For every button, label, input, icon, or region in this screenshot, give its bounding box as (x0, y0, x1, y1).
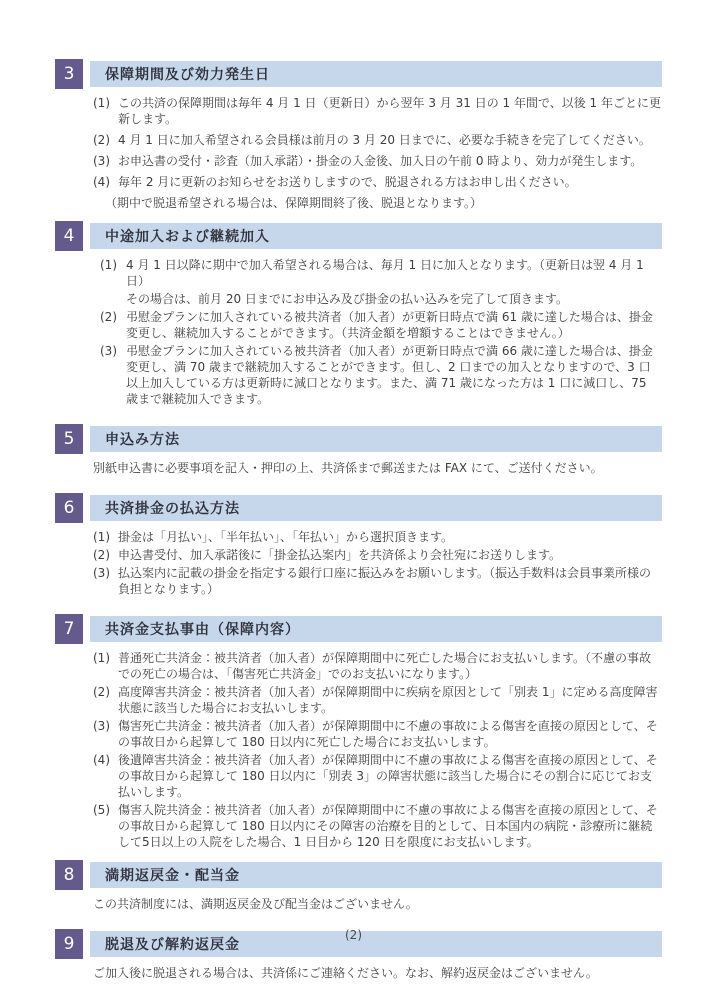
item-text: 4 月 1 日以降に期中で加入希望される場合は、毎月 1 日に加入となります。（… (126, 258, 644, 288)
list-item: (4)毎年 2 月に更新のお知らせをお送りしますので、脱退される方はお申し出くだ… (93, 174, 662, 190)
section-body: この共済制度には、満期返戻金及び配当金はございません。 (55, 896, 662, 912)
list-item: (1)この共済の保障期間は毎年 4 月 1 日（更新日）から翌年 3 月 31 … (93, 95, 662, 127)
paragraph: この共済制度には、満期返戻金及び配当金はございません。 (93, 896, 662, 912)
section-header: 4 中途加入および継続加入 (55, 221, 662, 251)
section-title-bar: 共済掛金の払込方法 (90, 495, 662, 521)
list-item: (1)普通死亡共済金：被共済者（加入者）が保障期間中に死亡した場合にお支払いしま… (93, 650, 662, 682)
section-8: 8 満期返戻金・配当金 この共済制度には、満期返戻金及び配当金はございません。 (55, 860, 662, 912)
paragraph: ご加入後に脱退される場合は、共済係にご連絡ください。なお、解約返戻金はございませ… (93, 965, 662, 981)
section-body: (1)普通死亡共済金：被共済者（加入者）が保障期間中に死亡した場合にお支払いしま… (55, 650, 662, 850)
section-title: 申込み方法 (105, 429, 180, 449)
item-marker: (2) (93, 684, 110, 700)
section-title-bar: 保障期間及び効力発生日 (90, 61, 662, 87)
item-marker: (2) (93, 547, 110, 563)
item-text: 払込案内に記載の掛金を指定する銀行口座に振込みをお願いします。（振込手数料は会員… (118, 566, 651, 596)
list-item: (2)申込書受付、加入承諾後に「掛金払込案内」を共済係より会社宛にお送りします。 (93, 547, 662, 563)
list-item: (2)4 月 1 日に加入希望される会員様は前月の 3 月 20 日までに、必要… (93, 132, 662, 148)
item-text: お申込書の受付・診査（加入承諾）・掛金の入金後、加入日の午前 0 時より、効力が… (118, 154, 642, 168)
item-text: 後遺障害共済金：被共済者（加入者）が保障期間中に不慮の事故による傷害を直接の原因… (118, 753, 658, 799)
section-title-bar: 中途加入および継続加入 (90, 223, 662, 249)
section-title-bar: 満期返戻金・配当金 (90, 862, 662, 888)
item-marker: (2) (93, 132, 110, 148)
list-item: (3)弔慰金プランに加入されている被共済者（加入者）が更新日時点で満 66 歳に… (100, 343, 662, 407)
item-marker: (3) (93, 718, 110, 734)
section-number-badge: 7 (55, 614, 83, 644)
list-item: (3)傷害死亡共済金：被共済者（加入者）が保障期間中に不慮の事故による傷害を直接… (93, 718, 662, 750)
item-marker: (4) (93, 752, 110, 768)
item-marker: (3) (100, 343, 117, 359)
section-header: 7 共済金支払事由（保障内容） (55, 614, 662, 644)
item-text: 掛金は「月払い」、「半年払い」、「年払い」から選択頂きます。 (118, 530, 453, 544)
item-text: 普通死亡共済金：被共済者（加入者）が保障期間中に死亡した場合にお支払いします。（… (118, 651, 651, 681)
section-body: (1)掛金は「月払い」、「半年払い」、「年払い」から選択頂きます。 (2)申込書… (55, 529, 662, 597)
item-marker: (5) (93, 802, 110, 818)
section-6: 6 共済掛金の払込方法 (1)掛金は「月払い」、「半年払い」、「年払い」から選択… (55, 493, 662, 597)
list-item: (5)傷害入院共済金：被共済者（加入者）が保障期間中に不慮の事故による傷害を直接… (93, 802, 662, 850)
section-5: 5 申込み方法 別紙申込書に必要事項を記入・押印の上、共済係まで郵送または FA… (55, 424, 662, 476)
item-text: 弔慰金プランに加入されている被共済者（加入者）が更新日時点で満 61 歳に達した… (126, 310, 653, 340)
list-item-continuation: その場合は、前月 20 日までにお申込み及び掛金の払い込みを完了して頂きます。 (100, 291, 662, 307)
section-number-badge: 8 (55, 860, 83, 890)
section-header: 5 申込み方法 (55, 424, 662, 454)
item-marker: (3) (93, 565, 110, 581)
item-text: （期中で脱退希望される場合は、保障期間終了後、脱退となります。） (105, 196, 482, 210)
section-body: 別紙申込書に必要事項を記入・押印の上、共済係まで郵送または FAX にて、ご送付… (55, 460, 662, 476)
section-body: ご加入後に脱退される場合は、共済係にご連絡ください。なお、解約返戻金はございませ… (55, 965, 662, 981)
page-number: (2) (0, 928, 707, 942)
section-header: 8 満期返戻金・配当金 (55, 860, 662, 890)
item-text: 弔慰金プランに加入されている被共済者（加入者）が更新日時点で満 66 歳に達した… (126, 344, 653, 406)
item-text: 傷害死亡共済金：被共済者（加入者）が保障期間中に不慮の事故による傷害を直接の原因… (118, 719, 658, 749)
item-marker: (1) (93, 529, 110, 545)
section-header: 6 共済掛金の払込方法 (55, 493, 662, 523)
item-marker: (1) (93, 95, 110, 111)
list-item: (3)払込案内に記載の掛金を指定する銀行口座に振込みをお願いします。（振込手数料… (93, 565, 662, 597)
section-title: 保障期間及び効力発生日 (105, 64, 270, 84)
list-item: (4)後遺障害共済金：被共済者（加入者）が保障期間中に不慮の事故による傷害を直接… (93, 752, 662, 800)
section-number-badge: 3 (55, 59, 83, 89)
item-text: 高度障害共済金：被共済者（加入者）が保障期間中に疾病を原因として「別表 1」に定… (118, 685, 657, 715)
paragraph: 別紙申込書に必要事項を記入・押印の上、共済係まで郵送または FAX にて、ご送付… (93, 460, 662, 476)
section-number-badge: 4 (55, 221, 83, 251)
list-item-note: （期中で脱退希望される場合は、保障期間終了後、脱退となります。） (93, 195, 662, 211)
item-marker: (2) (100, 309, 117, 325)
list-item: (1)4 月 1 日以降に期中で加入希望される場合は、毎月 1 日に加入となりま… (100, 257, 662, 289)
list-item: (2)弔慰金プランに加入されている被共済者（加入者）が更新日時点で満 61 歳に… (100, 309, 662, 341)
section-3: 3 保障期間及び効力発生日 (1)この共済の保障期間は毎年 4 月 1 日（更新… (55, 59, 662, 211)
section-title-bar: 共済金支払事由（保障内容） (90, 616, 662, 642)
section-body: (1)4 月 1 日以降に期中で加入希望される場合は、毎月 1 日に加入となりま… (55, 257, 662, 407)
list-item: (1)掛金は「月払い」、「半年払い」、「年払い」から選択頂きます。 (93, 529, 662, 545)
section-number-badge: 5 (55, 424, 83, 454)
item-text: 4 月 1 日に加入希望される会員様は前月の 3 月 20 日までに、必要な手続… (118, 133, 651, 147)
item-text: この共済の保障期間は毎年 4 月 1 日（更新日）から翌年 3 月 31 日の … (118, 96, 661, 126)
section-header: 3 保障期間及び効力発生日 (55, 59, 662, 89)
section-body: (1)この共済の保障期間は毎年 4 月 1 日（更新日）から翌年 3 月 31 … (55, 95, 662, 211)
item-marker: (1) (100, 257, 117, 273)
list-item: (3)お申込書の受付・診査（加入承諾）・掛金の入金後、加入日の午前 0 時より、… (93, 153, 662, 169)
section-7: 7 共済金支払事由（保障内容） (1)普通死亡共済金：被共済者（加入者）が保障期… (55, 614, 662, 850)
item-text: 傷害入院共済金：被共済者（加入者）が保障期間中に不慮の事故による傷害を直接の原因… (118, 803, 658, 849)
item-text: 申込書受付、加入承諾後に「掛金払込案内」を共済係より会社宛にお送りします。 (118, 548, 561, 562)
section-title: 共済金支払事由（保障内容） (105, 619, 300, 639)
list-item: (2)高度障害共済金：被共済者（加入者）が保障期間中に疾病を原因として「別表 1… (93, 684, 662, 716)
section-number-badge: 6 (55, 493, 83, 523)
item-marker: (4) (93, 174, 110, 190)
document-page: 3 保障期間及び効力発生日 (1)この共済の保障期間は毎年 4 月 1 日（更新… (0, 0, 707, 1000)
section-title: 中途加入および継続加入 (105, 226, 270, 246)
item-text: 毎年 2 月に更新のお知らせをお送りしますので、脱退される方はお申し出ください。 (118, 175, 577, 189)
item-marker: (1) (93, 650, 110, 666)
section-4: 4 中途加入および継続加入 (1)4 月 1 日以降に期中で加入希望される場合は… (55, 221, 662, 407)
section-title-bar: 申込み方法 (90, 426, 662, 452)
section-title: 共済掛金の払込方法 (105, 498, 240, 518)
item-text: その場合は、前月 20 日までにお申込み及び掛金の払い込みを完了して頂きます。 (126, 292, 568, 306)
section-title: 満期返戻金・配当金 (105, 865, 240, 885)
item-marker: (3) (93, 153, 110, 169)
